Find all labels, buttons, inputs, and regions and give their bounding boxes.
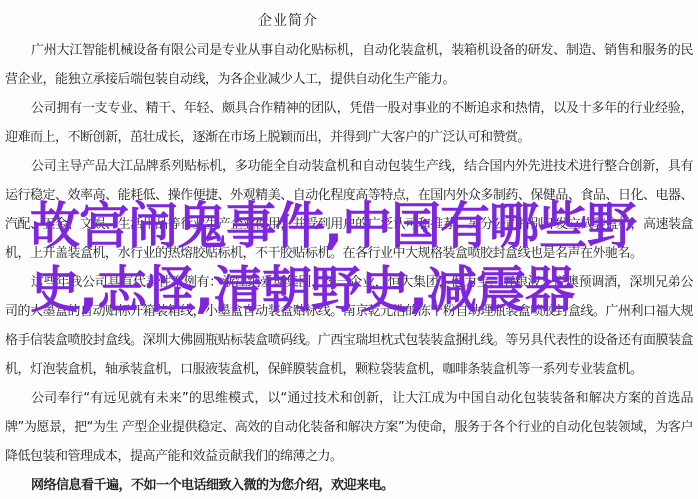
page-title: 企业简介 (5, 6, 571, 36)
paragraph-products: 公司主导产品大江品牌系列贴标机，多功能全自动装盒机和自动包装生产线，结合国内外先… (5, 152, 693, 268)
paragraph-vision-mission: 公司奉行“有远见就有未来”的思维模式，以“通过技术和创新，让大江成为中国自动化包… (5, 384, 693, 471)
document-page: 企业简介 广州大江智能机械设备有限公司是专业从事自动化贴标机，自动化装盒机，装箱… (0, 0, 698, 499)
closing-line: 网络信息看千遍，不如一个电话细致入微的为您介绍，欢迎来电。 (5, 471, 693, 499)
paragraph-case-studies: 这些年我公司具有代表性案例有：浙江纳爱斯集团，统一企业，恒大集团，健力宝，五粮液… (5, 268, 693, 384)
paragraph-company-intro: 广州大江智能机械设备有限公司是专业从事自动化贴标机，自动化装盒机，装箱机设备的研… (5, 36, 693, 94)
paragraph-team: 公司拥有一支专业、精干、年轻、颇具合作精神的团队，凭借一股对事业的不断追求和热情… (5, 94, 693, 152)
